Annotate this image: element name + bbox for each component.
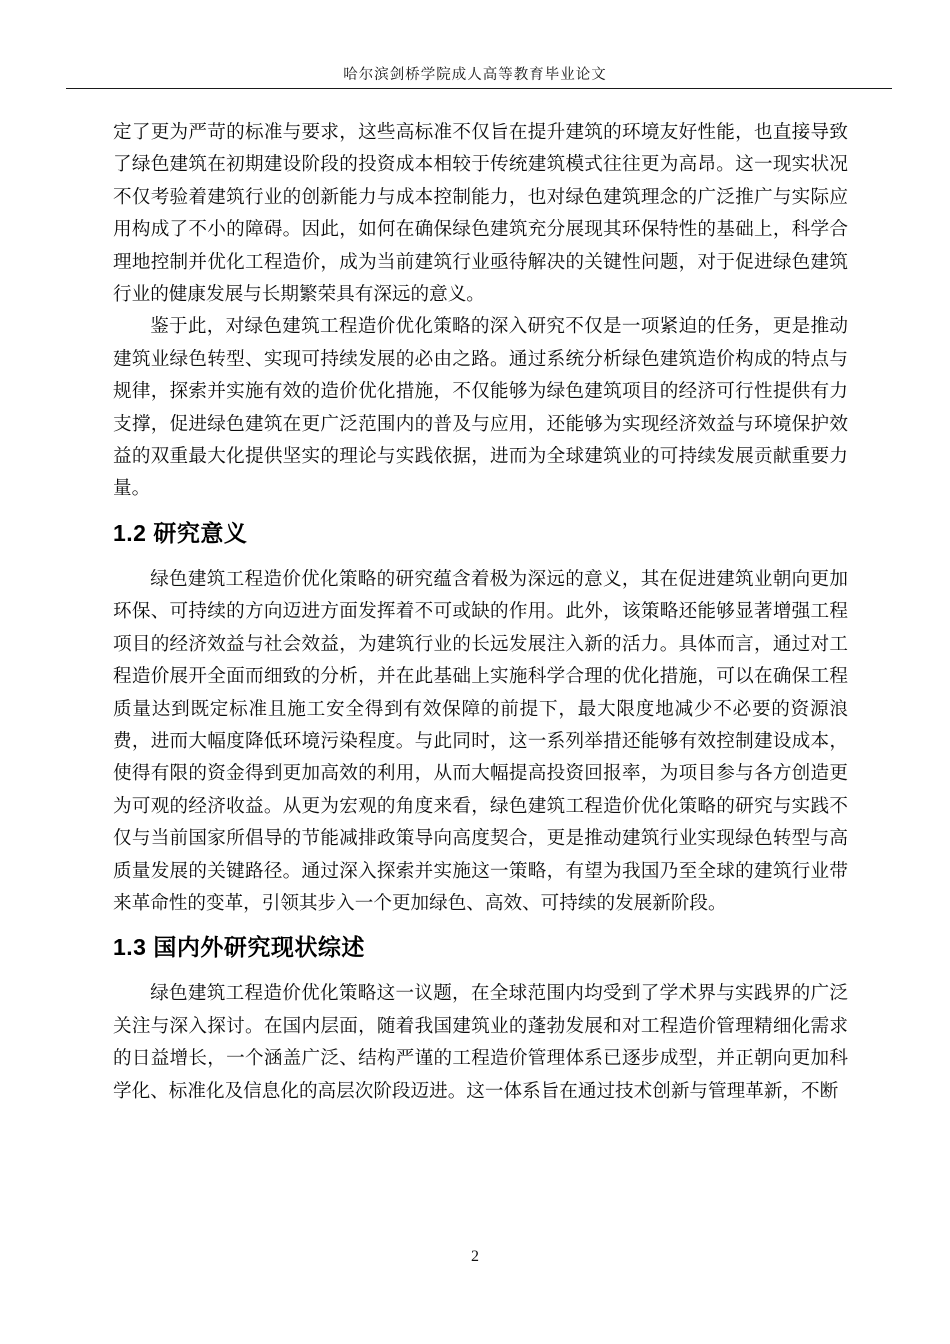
body-paragraph: 鉴于此，对绿色建筑工程造价优化策略的深入研究不仅是一项紧迫的任务，更是推动建筑业… [113, 311, 848, 505]
body-paragraph: 绿色建筑工程造价优化策略的研究蕴含着极为深远的意义，其在促进建筑业朝向更加环保、… [113, 564, 848, 920]
document-body: 定了更为严苛的标准与要求，这些高标准不仅旨在提升建筑的环境友好性能，也直接导致了… [113, 117, 848, 1108]
page-number: 2 [0, 1248, 950, 1266]
section-heading: 1.3 国内外研究现状综述 [113, 932, 848, 963]
document-page: 哈尔滨剑桥学院成人高等教育毕业论文 定了更为严苛的标准与要求，这些高标准不仅旨在… [0, 0, 950, 1344]
body-paragraph: 绿色建筑工程造价优化策略这一议题，在全球范围内均受到了学术界与实践界的广泛关注与… [113, 978, 848, 1108]
section-heading: 1.2 研究意义 [113, 518, 848, 549]
header-rule [66, 88, 892, 89]
body-paragraph: 定了更为严苛的标准与要求，这些高标准不仅旨在提升建筑的环境友好性能，也直接导致了… [113, 117, 848, 311]
page-header-title: 哈尔滨剑桥学院成人高等教育毕业论文 [0, 63, 950, 84]
